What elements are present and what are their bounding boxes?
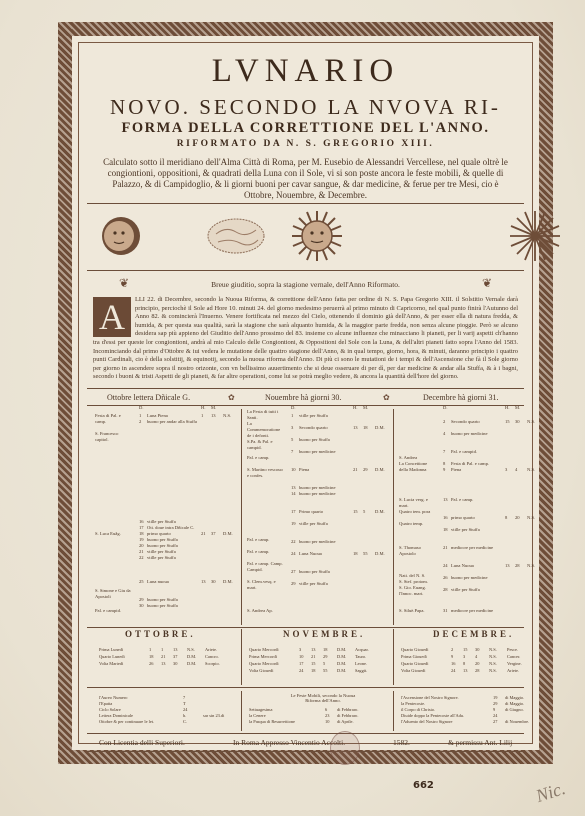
later-feast-month: di Nouembre. <box>505 719 529 724</box>
summary-hour: 21 <box>161 654 165 659</box>
day-number: 28 <box>443 587 448 593</box>
summary-minute: 13 <box>173 647 177 652</box>
feast-note: S. Stef. protom. <box>399 579 428 585</box>
day-number: 13 <box>291 485 296 491</box>
october-header: Ottobre lettera Dñicale G. <box>107 393 190 402</box>
fleuron-ornament-icon: ✿ <box>228 393 235 402</box>
summary-hour: 3 <box>463 654 465 659</box>
day-number: 5 <box>291 437 293 443</box>
day-entry: buono per Stuffa <box>299 569 330 575</box>
year-text: 1582. <box>393 738 410 747</box>
feast-note: Pal. e campid. <box>95 608 121 614</box>
computus-value: b. <box>183 713 186 718</box>
forecast-text: LLI 22. di Decembre, secondo la Nuoua Ri… <box>93 296 518 380</box>
feast-note: S.Pa. & Pal. e campid. <box>247 439 285 451</box>
computus-label: Lettera Dominicale <box>99 713 133 718</box>
summary-minute: 5 <box>323 661 325 666</box>
feast-note: Pal. e camp. <box>247 455 269 461</box>
day-entry: primo quarto <box>147 531 171 537</box>
summary-phase: Quarto Mercordì <box>249 647 279 652</box>
day-entry: Pal. e campid. <box>451 449 477 455</box>
day-entry: buono per Stuffa <box>147 603 178 609</box>
later-feast-day: 9 <box>493 707 495 712</box>
entry-meridian: D.M. <box>375 467 385 473</box>
day-entry: buono per Stuffa <box>147 543 178 549</box>
feast-note: S. Simone e Giu da Apostoli <box>95 588 133 600</box>
summary-phase: Quarto Mercordì <box>249 661 279 666</box>
column-divider <box>393 691 394 731</box>
col-header-hour: H. <box>353 405 357 411</box>
feast-note: Pal. e camp. Camp. Campid. <box>247 561 285 573</box>
day-number: 31 <box>443 608 448 614</box>
summary-ref: D.M. <box>337 654 346 659</box>
day-number: 17 <box>291 509 296 515</box>
feasts-section: Le Feste Mobili, secondo la Nuoua Riform… <box>93 691 518 731</box>
divider <box>87 203 524 204</box>
summary-sign: Cancer. <box>507 654 520 659</box>
summary-sign: Saggit. <box>355 668 367 673</box>
day-entry: buono per Stuffa <box>147 537 178 543</box>
summary-day: 2 <box>451 647 453 652</box>
day-number: 16 <box>443 515 448 521</box>
day-entry: Primo quarto <box>299 509 323 515</box>
day-entry: buono per medicine <box>451 431 487 437</box>
december-header: Decembre hà giorni 31. <box>423 393 499 402</box>
summary-hour: 13 <box>161 661 165 666</box>
day-entry: vtille per Stuffa <box>299 521 328 527</box>
moon-face-icon <box>99 214 143 258</box>
day-entry: vtille per Stuffa <box>147 549 176 555</box>
summary-phase: Quarto Lunedì <box>99 654 125 659</box>
day-number: 2 <box>139 419 141 425</box>
day-number: 14 <box>291 491 296 497</box>
day-number: 29 <box>139 597 144 603</box>
day-entry: Luna nuoua <box>147 579 169 585</box>
entry-meridian: N.S. <box>527 419 535 425</box>
fleuron-ornament-icon: ❦ <box>482 276 492 290</box>
day-number: 4 <box>443 431 445 437</box>
summary-heading-november: NOVEMBRE. <box>283 629 365 639</box>
summary-minute: 4 <box>475 654 477 659</box>
movable-feast-label: la Pasqua di Resurrettione <box>249 719 295 724</box>
summary-sign: Cancro. <box>205 654 219 659</box>
summary-phase: Volta Giouedì <box>249 668 273 673</box>
subtitle-line-2: FORMA DELLA CORRETTIONE DEL L'ANNO. <box>79 120 532 137</box>
summary-ref: D.M. <box>337 668 346 673</box>
divider <box>87 751 524 752</box>
computus-label: l'Aureo Numero <box>99 695 127 700</box>
feast-note: Quatro temp. <box>399 521 423 527</box>
day-number: 10 <box>291 467 296 473</box>
col-header-day: D. <box>443 405 447 411</box>
column-divider <box>241 691 242 731</box>
day-entry: Secondo quarto <box>451 419 480 425</box>
entry-minute: 18 <box>363 425 368 431</box>
october-column: D.H.M.Festa di Pal. e camp.S. Francesco … <box>93 409 241 625</box>
summary-sign: Leone. <box>355 661 367 666</box>
entry-hour: 3 <box>505 467 507 473</box>
day-number: 22 <box>139 555 144 561</box>
summary-day: 17 <box>299 661 303 666</box>
subtitle-line-1: NOVO. SECONDO LA NVOVA RI- <box>79 95 532 120</box>
day-entry: Ott. doue intra Dñicale C. <box>147 525 194 531</box>
movable-feast-day: 6 <box>325 707 327 712</box>
day-entry: Piena <box>451 467 461 473</box>
library-stamp <box>330 731 360 765</box>
entry-meridian: N.S. <box>527 515 535 521</box>
summary-phase: Quarto Giouedì <box>401 647 428 652</box>
later-feast-month: di Giugno. <box>505 707 524 712</box>
entry-meridian: D.M. <box>375 509 385 515</box>
summary-day: 18 <box>149 654 153 659</box>
day-number: 7 <box>291 449 293 455</box>
feast-note: S. Andrea <box>399 455 417 461</box>
summary-hour: 21 <box>311 654 315 659</box>
entry-meridian: D.M. <box>375 551 385 557</box>
column-divider <box>393 629 394 685</box>
summary-hour: 13 <box>311 647 315 652</box>
permission-text: & permissu Ant. Lilij <box>448 738 512 747</box>
summary-hour: 13 <box>463 668 467 673</box>
later-feast-label: la Pentecoste. <box>401 701 425 706</box>
feast-note: Pal. e camp. <box>247 549 269 555</box>
summary-hour: 15 <box>463 647 467 652</box>
subtitle-line-3: RIFORMATO DA N. S. GREGORIO XIII. <box>79 139 532 149</box>
later-feast-label: Diuide doppo la Pentecoste all'Adu. <box>401 713 464 718</box>
entry-minute: 37 <box>211 531 216 537</box>
day-entry: buono per Stuffa <box>299 437 330 443</box>
day-entry: buono per medicine <box>299 539 335 545</box>
summary-heading-december: DECEMBRE. <box>433 629 514 639</box>
summary-ref: D.M. <box>337 661 346 666</box>
later-feast-label: il Corpo di Christo. <box>401 707 435 712</box>
printer-text: In Roma Appresso Vincentio Accolti. <box>233 738 345 747</box>
day-number: 21 <box>139 549 144 555</box>
day-entry: Luna Piena <box>147 413 168 419</box>
entry-meridian: N.S. <box>223 413 231 419</box>
col-header-day: D. <box>291 405 295 411</box>
later-feast-label: l'Ascensione del Nostro Signore. <box>401 695 459 700</box>
summary-sign: Vergine. <box>507 661 522 666</box>
summary-day: 26 <box>149 661 153 666</box>
later-feast-day: 29 <box>493 701 497 706</box>
column-divider <box>241 629 242 685</box>
entry-minute: 55 <box>363 551 368 557</box>
entry-hour: 1 <box>201 413 203 419</box>
day-number: 1 <box>291 413 293 419</box>
computus-label: l'Epatta <box>99 701 112 706</box>
col-header-hour: H. <box>201 405 205 411</box>
summary-day: 16 <box>451 661 455 666</box>
summary-hour: 15 <box>311 661 315 666</box>
summary-phase: Quarto Giouedì <box>401 661 428 666</box>
day-entry: Luna Nuoua <box>299 551 322 557</box>
divider <box>87 687 524 688</box>
section-heading: Breue giuditio, sopra la stagione vernal… <box>79 280 532 289</box>
entry-minute: 29 <box>363 467 368 473</box>
movable-feast-day: 10 <box>325 719 329 724</box>
title-lunario: LVNARIO <box>79 53 532 90</box>
dropcap-initial: A <box>93 297 131 337</box>
day-number: 24 <box>443 563 448 569</box>
summary-hour: 1 <box>161 647 163 652</box>
decorative-border-frame: LVNARIO NOVO. SECONDO LA NVOVA RI- FORMA… <box>58 22 553 764</box>
summary-sign: Ariete. <box>205 647 217 652</box>
day-number: 8 <box>443 461 445 467</box>
summary-phase: Volta Martedì <box>99 661 123 666</box>
divider <box>87 405 524 406</box>
entry-minute: 28 <box>515 563 520 569</box>
divider <box>87 388 524 389</box>
summary-minute: 28 <box>475 668 479 673</box>
feast-note: S. Gio. Euang. <box>399 585 426 591</box>
feast-note: l'Innoc. mart. <box>399 591 423 597</box>
summary-minute: 20 <box>475 661 479 666</box>
feast-note: S. Andrea Ap. <box>247 608 273 614</box>
feast-note: La Commemoratione de i defonti. <box>247 421 285 438</box>
movable-feast-month: di Aprile. <box>337 719 354 724</box>
november-header: Nouembre hà giorni 30. <box>265 393 341 402</box>
month-header-bar: Ottobre lettera Dñicale G. ✿ Nouembre hà… <box>93 391 518 405</box>
day-entry: vtille per Stuffa <box>147 555 176 561</box>
day-entry: vtille per Stuffa <box>147 519 176 525</box>
entry-hour: 13 <box>201 579 206 585</box>
computus-note: sar sin 23.di <box>203 713 224 718</box>
day-number: 19 <box>291 521 296 527</box>
feast-note: La Concettione della Madonna <box>399 461 437 473</box>
day-number: 30 <box>139 603 144 609</box>
day-number: 3 <box>291 425 293 431</box>
day-number: 19 <box>139 537 144 543</box>
feast-note: Pal. e camp. <box>247 537 269 543</box>
computus-value: 7 <box>183 695 185 700</box>
summary-ref: N.S. <box>489 647 497 652</box>
summary-sign: Tauro. <box>355 654 366 659</box>
computus-label: Ottobre & per continuare le let. <box>99 719 154 724</box>
summary-ref: D.M. <box>187 661 196 666</box>
day-entry: primo quarto <box>451 515 475 521</box>
col-header-minute: M. <box>515 405 520 411</box>
feast-note: S. Martino vescouo e confes. <box>247 467 285 479</box>
summary-ref: N.S. <box>489 668 497 673</box>
day-number: 17 <box>139 525 144 531</box>
summary-minute: 37 <box>173 654 177 659</box>
col-header-minute: M. <box>363 405 368 411</box>
summary-heading-october: OTTOBRE. <box>125 629 196 639</box>
entry-meridian: N.S. <box>527 467 535 473</box>
feast-note: Nati. del N. S. <box>399 573 425 579</box>
day-entry: Luna Nuoua <box>451 563 474 569</box>
movable-feast-day: 23 <box>325 713 329 718</box>
november-column: D.H.M.La Festa di tutti i Santi.La Comme… <box>245 409 393 625</box>
summary-ref: N.S. <box>489 661 497 666</box>
day-entry: buono per medicine <box>299 449 335 455</box>
later-feast-label: l'Aduento del Nostro Signore <box>401 719 452 724</box>
entry-hour: 15 <box>505 419 510 425</box>
movable-feasts-title: Le Feste Mobili, secondo la Nuoua Riform… <box>283 693 363 703</box>
day-entry: Pal. e camp. <box>451 497 473 503</box>
summary-ref: N.S. <box>489 654 497 659</box>
inner-content-area: LVNARIO NOVO. SECONDO LA NVOVA RI- FORMA… <box>78 42 533 744</box>
summary-day: 1 <box>149 647 151 652</box>
entry-hour: 13 <box>353 425 358 431</box>
feast-note: Quatro tem. pora <box>399 509 430 515</box>
entry-meridian: D.M. <box>375 425 385 431</box>
day-entry: Secondo quarto <box>299 425 328 431</box>
summary-phase: Volta Giouedì <box>401 668 425 673</box>
day-number: 27 <box>291 569 296 575</box>
entry-hour: 21 <box>353 467 358 473</box>
day-number: 26 <box>443 575 448 581</box>
computus-value: 24 <box>183 707 187 712</box>
entry-minute: 20 <box>515 515 520 521</box>
entry-hour: 15 <box>353 509 358 515</box>
computus-value: T <box>183 701 186 706</box>
day-entry: vtille per Stuffa <box>299 581 328 587</box>
divider <box>87 270 524 271</box>
day-entry: vtille per Stuffa <box>451 587 480 593</box>
license-text: Con Licentia delli Superiori. <box>99 738 185 747</box>
entry-hour: 13 <box>505 563 510 569</box>
day-number: 1 <box>139 413 141 419</box>
summary-hour: 18 <box>311 668 315 673</box>
feast-note: S. Thomaso Apostolo <box>399 545 437 557</box>
later-feast-month: di Maggio. <box>505 695 524 700</box>
later-feast-month: di Maggio. <box>505 701 524 706</box>
computus-value: C. <box>183 719 187 724</box>
entry-minute: 30 <box>211 579 216 585</box>
day-number: 21 <box>443 545 448 551</box>
divider <box>87 627 524 628</box>
summary-sign: Scorpio. <box>205 661 220 666</box>
day-number: 29 <box>291 581 296 587</box>
summary-minute: 29 <box>323 654 327 659</box>
entry-meridian: D.M. <box>223 531 233 537</box>
summary-phase: Prima Lunedì <box>99 647 123 652</box>
summary-ref: D.M. <box>187 654 196 659</box>
imprint-footer: Con Licentia delli Superiori. In Roma Ap… <box>93 736 518 750</box>
column-divider <box>241 409 242 625</box>
divider <box>87 733 524 734</box>
movable-feast-month: di Febbraro. <box>337 707 358 712</box>
summary-phase: Prima Giouedì <box>401 654 427 659</box>
later-feast-day: 19 <box>493 695 497 700</box>
day-entry: vtille per Stuffa <box>299 413 328 419</box>
day-number: 20 <box>139 543 144 549</box>
celestial-icons-row <box>91 208 520 264</box>
summary-day: 10 <box>299 654 303 659</box>
summary-day: 24 <box>299 668 303 673</box>
day-number: 18 <box>443 527 448 533</box>
feast-note: S. Clem.vesq. e mart. <box>247 579 285 591</box>
summary-day: 3 <box>299 647 301 652</box>
later-feast-day: 24 <box>493 713 497 718</box>
summary-sign: Acquar. <box>355 647 369 652</box>
day-number: 24 <box>291 551 296 557</box>
summary-hour: 8 <box>463 661 465 666</box>
later-feast-day: 27 <box>493 719 497 724</box>
entry-hour: 21 <box>201 531 206 537</box>
day-number: 22 <box>291 539 296 545</box>
column-divider <box>393 409 394 625</box>
day-number: 2 <box>443 419 445 425</box>
feast-note: La Festa di tutti i Santi. <box>247 409 285 421</box>
summary-sign: Pesce. <box>507 647 518 652</box>
col-header-hour: H. <box>505 405 509 411</box>
fleuron-ornament-icon: ✿ <box>383 393 390 402</box>
feast-note: Festa di Pal. e camp. <box>95 413 133 425</box>
feast-note: S. Francesco capitol. <box>95 431 133 443</box>
computus-label: Ciclo Solare <box>99 707 121 712</box>
december-column: D.H.M.S. AndreaLa Concettione della Mado… <box>397 409 547 625</box>
calendar-columns: D.H.M.Festa di Pal. e camp.S. Francesco … <box>93 409 518 625</box>
summary-day: 24 <box>451 668 455 673</box>
entry-hour: 18 <box>353 551 358 557</box>
intro-paragraph: Calculato sotto il meridiano dell'Alma C… <box>99 157 512 201</box>
summary-phase: Prima Mercordì <box>249 654 277 659</box>
day-entry: mediocre per medicine <box>451 545 493 551</box>
summary-minute: 30 <box>475 647 479 652</box>
col-header-minute: M. <box>211 405 216 411</box>
entry-minute: 30 <box>515 419 520 425</box>
summary-minute: 18 <box>323 647 327 652</box>
forecast-paragraph: A LLI 22. di Decembre, secondo la Nuoua … <box>93 296 518 382</box>
summary-minute: 55 <box>323 668 327 673</box>
entry-hour: 8 <box>505 515 507 521</box>
day-number: 7 <box>443 449 445 455</box>
sun-face-icon <box>291 210 343 262</box>
entry-minute: 5 <box>363 509 365 515</box>
entry-meridian: N.S. <box>527 563 535 569</box>
day-entry: buono per medicine <box>451 575 487 581</box>
day-entry: Festa di Pal. e camp. <box>451 461 489 467</box>
day-entry: buono per medicine <box>299 485 335 491</box>
day-number: 13 <box>443 497 448 503</box>
movable-feast-month: di Febbraro. <box>337 713 358 718</box>
day-number: 16 <box>139 519 144 525</box>
day-entry: buono per medicine <box>299 491 335 497</box>
feast-note: S. Lucia verg. e mart. <box>399 497 437 509</box>
summary-sign: Ariete. <box>507 668 519 673</box>
star-burst-icon <box>509 210 561 262</box>
summary-ref: N.S. <box>187 647 195 652</box>
day-entry: vtille per Stuffa <box>451 527 480 533</box>
summary-day: 9 <box>451 654 453 659</box>
day-entry: Piena <box>299 467 309 473</box>
day-number: 25 <box>139 579 144 585</box>
day-entry: buono per Stuffa <box>147 597 178 603</box>
entry-minute: 13 <box>211 413 216 419</box>
entry-meridian: D.M. <box>223 579 233 585</box>
day-number: 18 <box>139 531 144 537</box>
summary-ref: D.M. <box>337 647 346 652</box>
page-number: 662 <box>413 780 434 791</box>
lunar-disc-icon <box>206 216 266 256</box>
feast-note: S. Siluë.Papa. <box>399 608 425 614</box>
movable-feast-label: Settuagesima <box>249 707 272 712</box>
movable-feast-label: la Cenere <box>249 713 266 718</box>
feast-note: S. Luca Euãg. <box>95 531 121 537</box>
day-entry: buono per andar alla Stuffa <box>147 419 197 425</box>
summary-minute: 30 <box>173 661 177 666</box>
day-entry: mediocre per medicine <box>451 608 493 614</box>
moon-phase-summary: OTTOBRE. NOVEMBRE. DECEMBRE. Prima Luned… <box>93 629 518 685</box>
day-number: 9 <box>443 467 445 473</box>
col-header-day: D. <box>139 405 143 411</box>
entry-minute: 4 <box>515 467 517 473</box>
